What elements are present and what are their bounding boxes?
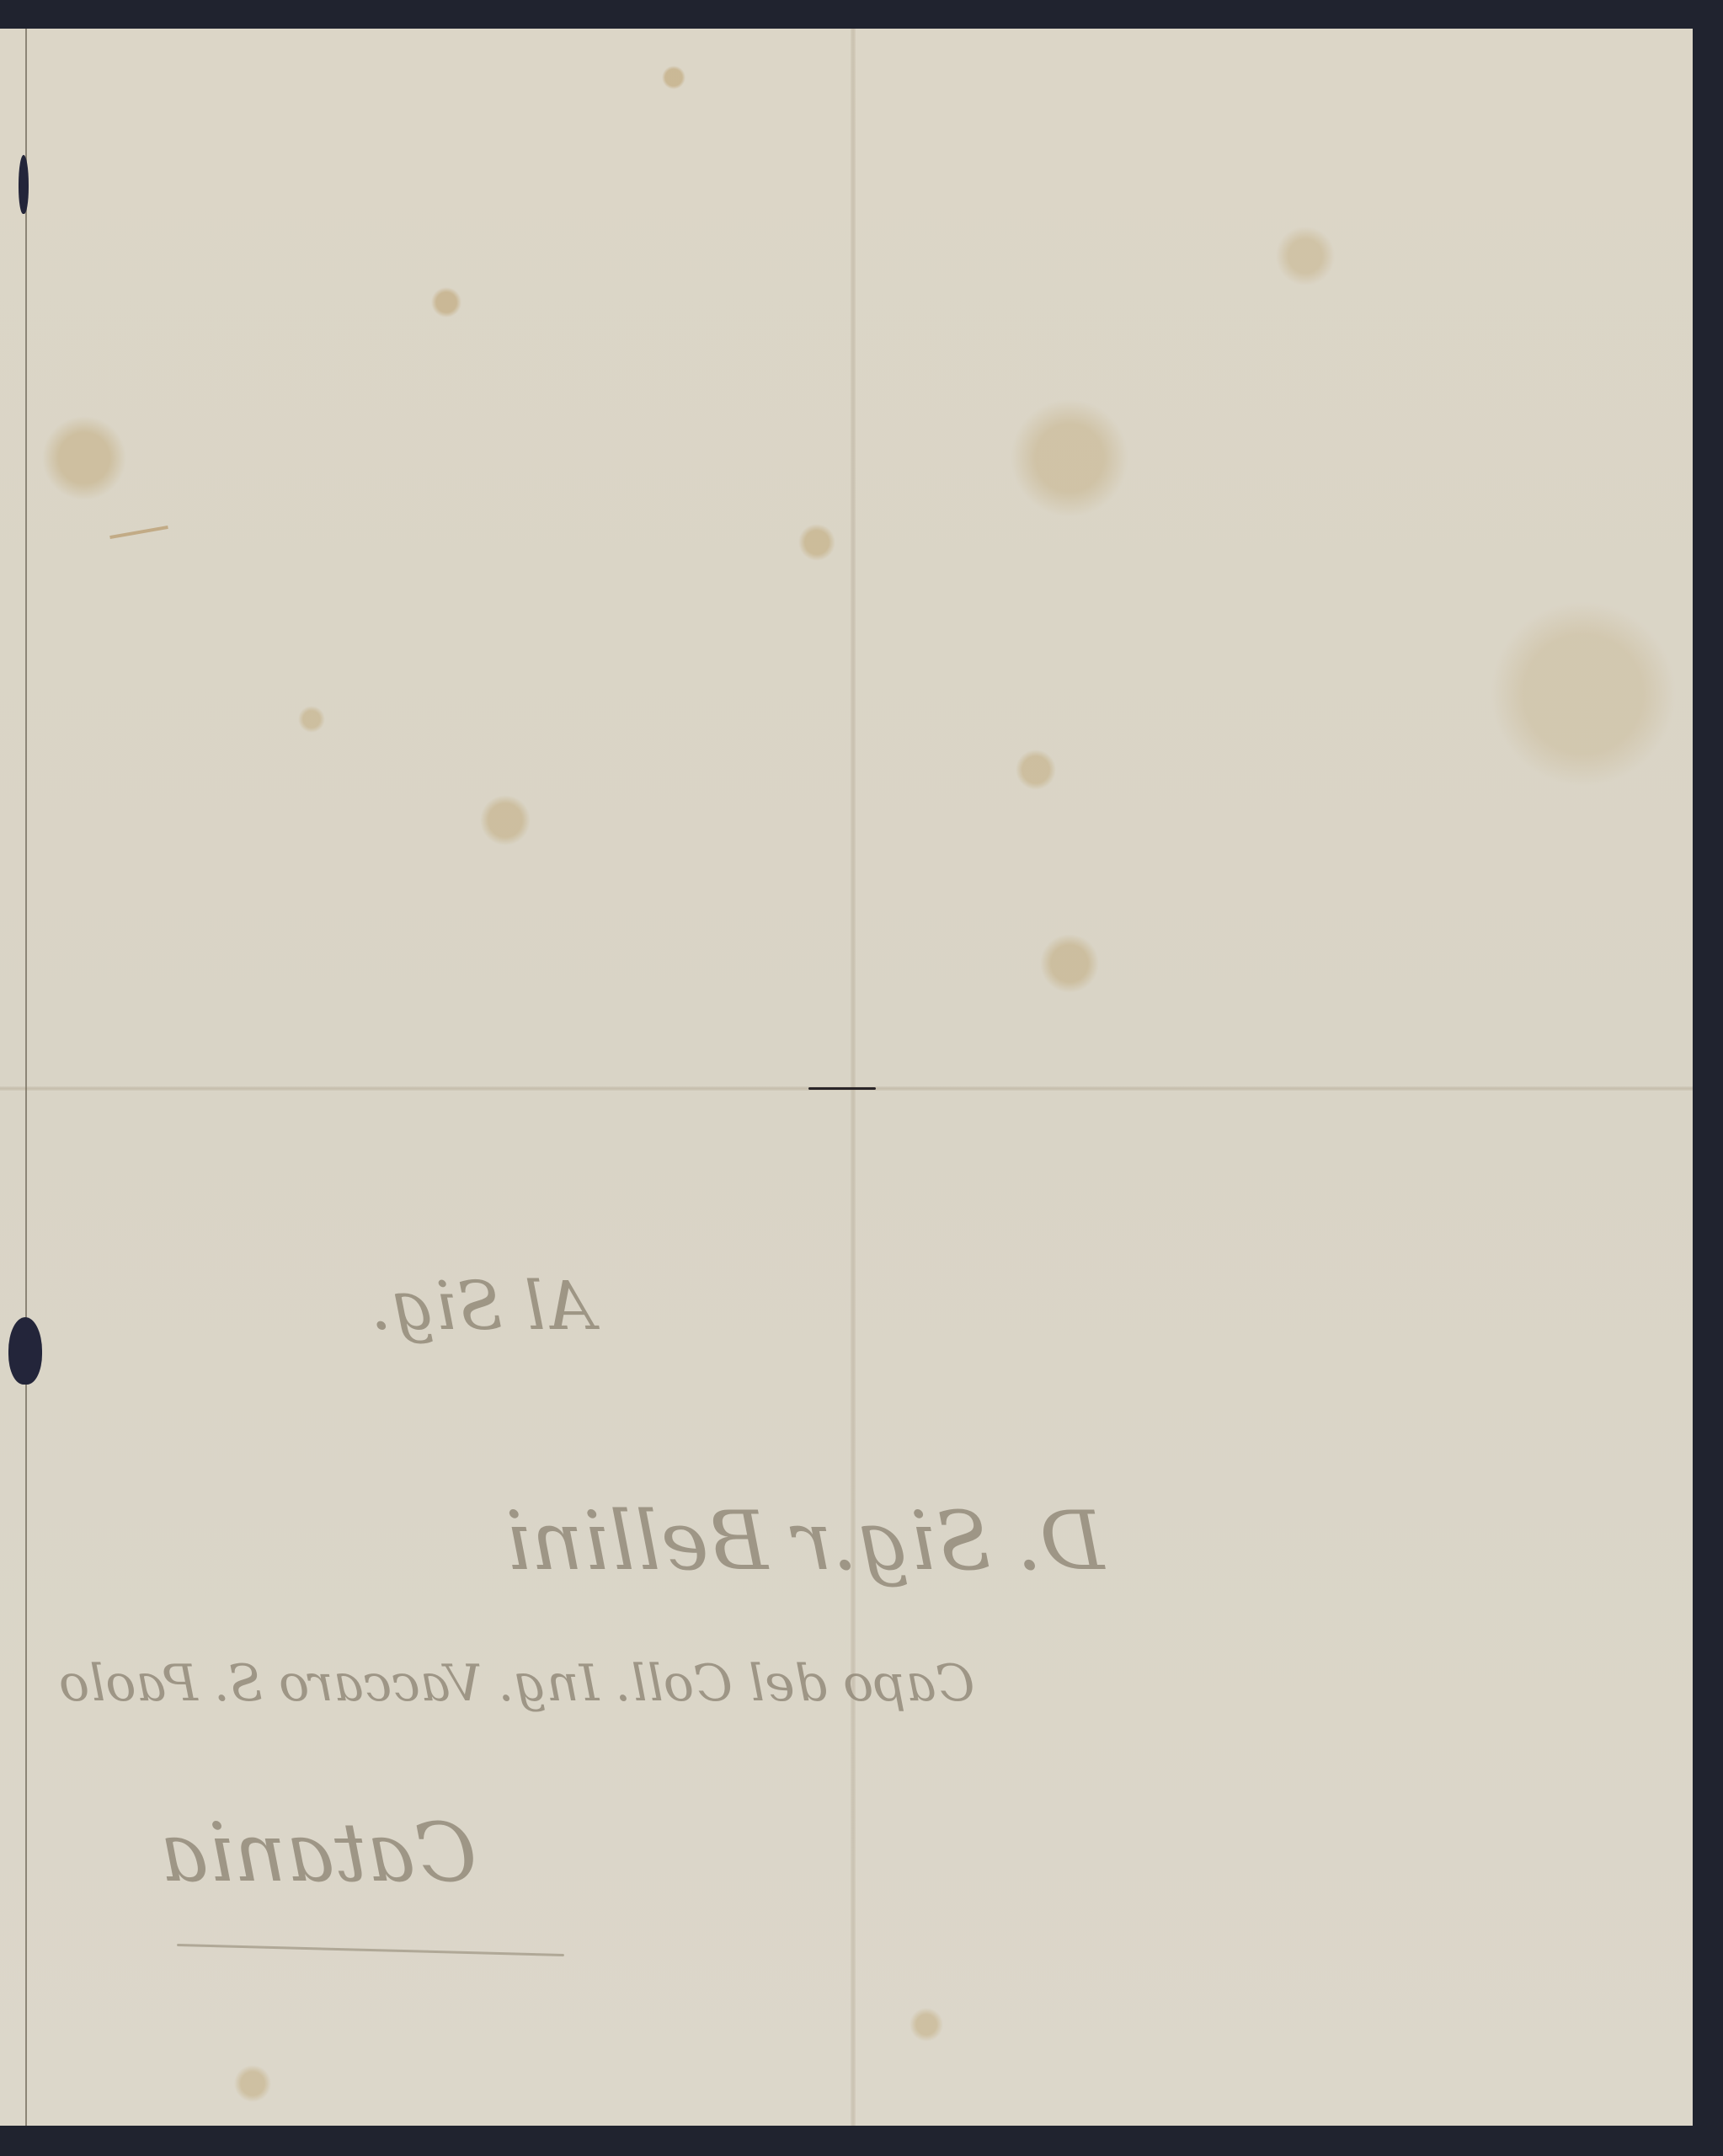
- address-line-salutation: Al Sig.: [371, 1267, 595, 1345]
- stain-mark: [109, 526, 168, 539]
- fold-tear-mark: [808, 1087, 876, 1090]
- binding-edge-line: [25, 29, 27, 2126]
- address-line-city: Catania: [160, 1806, 477, 1900]
- address-line-recipient: D. Sig.r Bellini: [505, 1494, 1104, 1588]
- city-underline: [177, 1944, 564, 1956]
- address-line-title: Capo del Coll. Ing. Vaccaro S. Paolo: [59, 1654, 974, 1713]
- vertical-fold-crease: [851, 29, 856, 2126]
- paper-sheet: Al Sig. D. Sig.r Bellini Capo del Coll. …: [0, 29, 1693, 2126]
- binding-hole-mid: [8, 1317, 42, 1385]
- binding-hole-top: [19, 155, 29, 214]
